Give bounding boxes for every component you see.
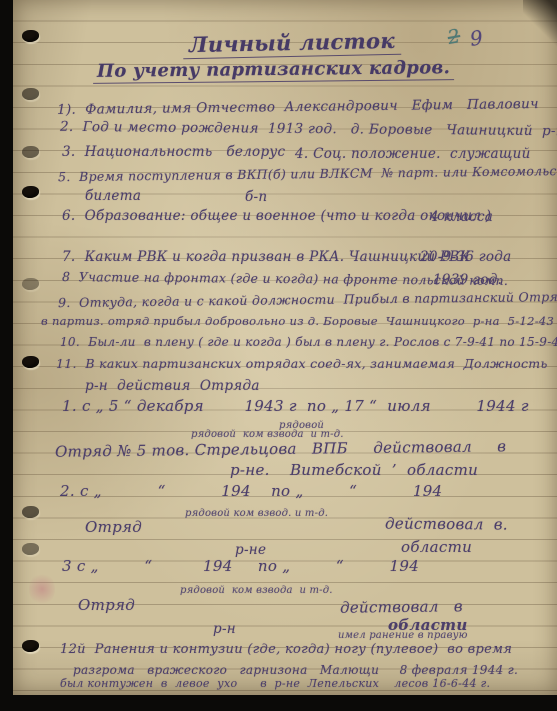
field-units-region-label: р-н действия Отряда bbox=[85, 378, 260, 394]
field-party: 5. Время поступления в ВКП(б) или ВЛКСМ … bbox=[58, 163, 557, 184]
entry3-region: р-н bbox=[213, 621, 236, 637]
entry1-region: р-не. Витебской ’ области bbox=[230, 461, 478, 479]
entry1-rank: рядовой ком взвода и т-д. bbox=[191, 429, 344, 440]
form-title: Личный листок bbox=[183, 28, 401, 60]
field-nationality: 3. Национальность белорус bbox=[62, 144, 285, 160]
entry3-action: действовал в bbox=[340, 597, 463, 617]
punch-hole bbox=[22, 88, 39, 100]
wounds-answer-line2: разгрома вражеского гарнизона Малющи 8 ф… bbox=[73, 663, 518, 677]
field-wounds: 12й Ранения и контузии (где, когда) ногу… bbox=[60, 642, 512, 657]
punch-hole bbox=[22, 506, 39, 518]
wounds-answer-line3: был контужен в левое ухо в р-не Лепельск… bbox=[60, 677, 490, 690]
punch-hole bbox=[22, 356, 39, 368]
entry2-rank: рядовой ком взвод. и т-д. bbox=[185, 508, 328, 519]
punch-hole bbox=[22, 186, 39, 198]
field-origin-answer: в партиз. отряд прибыл добровольно из д.… bbox=[41, 314, 557, 328]
field-captivity: 10. Был-ли в плену ( где и когда ) был в… bbox=[60, 335, 557, 349]
field-name: 1). Фамилия, имя Отчество Александрович … bbox=[57, 96, 539, 118]
field-fronts-answer: 1939 год. bbox=[433, 272, 502, 288]
entry3-rank: рядовой ком взвода и т-д. bbox=[180, 585, 333, 596]
entry2-dates: 2. с „ “ 194 по „ “ 194 bbox=[60, 482, 442, 500]
punch-hole bbox=[22, 640, 39, 652]
field-party-answer: б-п bbox=[245, 189, 267, 205]
entry3-dates: 3 с „ “ 194 по „ “ 194 bbox=[62, 557, 419, 575]
page-number-block: 2 9 bbox=[448, 26, 483, 50]
crossed-page-number: 2 bbox=[446, 25, 462, 51]
page-number: 9 bbox=[469, 25, 485, 51]
entry2-region: р-не bbox=[235, 542, 266, 558]
corner-tear bbox=[523, 0, 557, 52]
field-party-ticket: билета bbox=[85, 188, 141, 204]
ink-stain bbox=[29, 572, 55, 606]
punch-hole bbox=[22, 278, 39, 290]
entry2-action: действовал в. bbox=[385, 514, 508, 533]
field-units-question: 11. В каких партизанских отрядах соед-ях… bbox=[56, 356, 548, 371]
field-education-answer: 4 класса bbox=[430, 209, 493, 225]
field-origin: 9. Откуда, когда и с какой должности При… bbox=[58, 289, 557, 310]
entry2-unit: Отряд bbox=[85, 518, 142, 536]
punch-hole bbox=[22, 146, 39, 158]
entry3-unit: Отряд bbox=[78, 596, 135, 614]
field-rvk: 7. Каким РВК и когда призван в РКА. Чашн… bbox=[62, 249, 470, 265]
field-birth: 2. Год и место рождения 1913 год. д. Бор… bbox=[60, 119, 557, 139]
scanned-document: 2 9 Личный листок По учету партизанских … bbox=[0, 0, 557, 711]
punch-hole bbox=[22, 30, 39, 42]
field-education: 6. Образование: общее и военное (что и к… bbox=[62, 208, 491, 224]
punch-hole bbox=[22, 543, 39, 555]
paper-sheet: 2 9 Личный листок По учету партизанских … bbox=[13, 0, 557, 695]
form-subtitle: По учету партизанских кадров. bbox=[93, 57, 454, 84]
entry2-oblast: области bbox=[401, 538, 472, 556]
entry1-unit: Отряд № 5 тов. Стрельцова ВПБ действовал… bbox=[55, 437, 506, 461]
field-social-position: 4. Соц. положение. служащий bbox=[295, 146, 531, 162]
entry1-dates: 1. с „ 5 “ декабря 1943 г по „ 17 “ июля… bbox=[62, 397, 529, 415]
field-rvk-answer: 20-9-36 года bbox=[420, 249, 512, 265]
wounds-note: имел ранение в правую bbox=[338, 630, 468, 641]
